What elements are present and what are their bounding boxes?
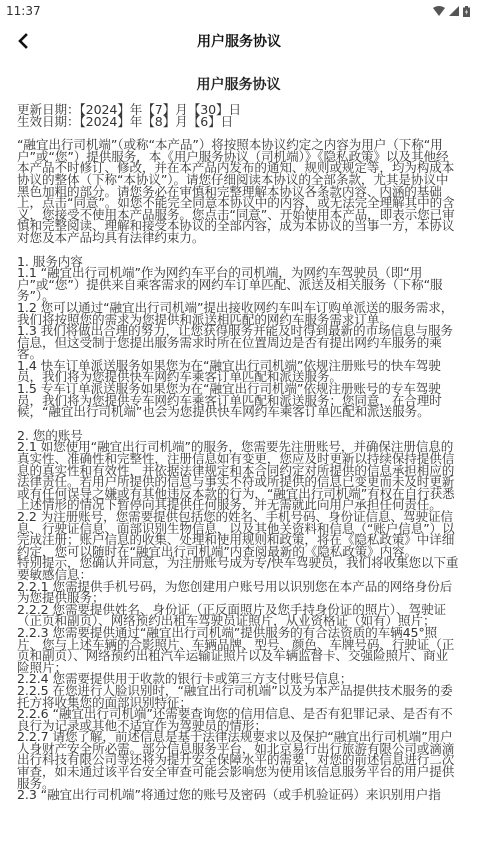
signal-icon [449, 6, 459, 16]
clause: 2.2.5 在您进行人脸识别时，“融宜出行司机端”以及为本产品提供技术服务的委托… [17, 685, 460, 708]
clause: 2.2.2 您需要提供姓名、身份证（正反面照片及您手持身份证的照片）、驾驶证（正… [17, 604, 460, 627]
document-title: 用户服务协议 [17, 74, 460, 94]
agreement-content[interactable]: 用户服务协议 更新日期：【2024】年【7】月【30】日 生效日期：【2024】… [0, 74, 478, 801]
clause: 2.2 为注册账号，您需要提供包括您的姓名、手机号码、身份证信息、驾驶证信息、行… [17, 511, 460, 557]
clause: 1.1 “融宜出行司机端”作为网约车平台的司机端，为网约车驾驶员（即“用户”或“… [17, 267, 460, 302]
clause: 2.2.6 “融宜出行司机端”还需要查询您的信用信息、是否有犯罪记录、是否有不良… [17, 708, 460, 731]
battery-charging-icon [463, 6, 470, 17]
clause: 1.3 我们将做出合理的努力，让您获得服务并能及时得到最新的市场信息与服务信息，… [17, 325, 460, 360]
clause: 2.2.7 请您了解，前述信息是基于法律法规要求以及保护“融宜出行司机端”用户人… [17, 731, 460, 789]
clause: 1.2 您可以通过“融宜出行司机端”提出接收网约车叫车订购单派送的服务需求，我们… [17, 302, 460, 325]
clause: 2.1 如您使用“融宜出行司机端”的服务，您需要先注册账号，并确保注册信息的真实… [17, 441, 460, 511]
clause: 1.5 专车订单派送服务如果您为在“融宜出行司机端”依规注册账号的专车驾驶员，我… [17, 383, 460, 418]
status-time: 11:37 [6, 4, 41, 18]
clause: 2.2.3 您需要提供通过“融宜出行司机端”提供服务的有合法资质的车辆45°照片… [17, 627, 460, 673]
chevron-left-icon [16, 33, 30, 49]
clause: 2.3 “融宜出行司机端”将通过您的账号及密码（或手机验证码）来识别用户指 [17, 789, 460, 801]
nav-title: 用户服务协议 [0, 31, 478, 51]
clause: 特别提示，您确认并同意，为注册账号成为专/快车驾驶员，我们将收集您以下重要敏感信… [17, 557, 460, 580]
intro-paragraph: “融宜出行司机端”（或称“本产品”）将按照本协议约定之内容为用户（下称“用户”或… [17, 139, 460, 243]
clause: 2.2.1 您需提供手机号码，为您创建用户账号用以识别您在本产品的网络身份后为您… [17, 581, 460, 604]
wifi-icon [433, 6, 445, 16]
effective-date: 生效日期：【2024】年【8】月【6】日 [17, 116, 460, 128]
clause: 1.4 快车订单派送服务如果您为在“融宜出行司机端”依规注册账号的快车驾驶员，我… [17, 360, 460, 383]
status-icons [433, 6, 470, 17]
nav-bar: 用户服务协议 [0, 22, 478, 60]
status-bar: 11:37 [0, 0, 478, 22]
back-button[interactable] [8, 26, 38, 56]
